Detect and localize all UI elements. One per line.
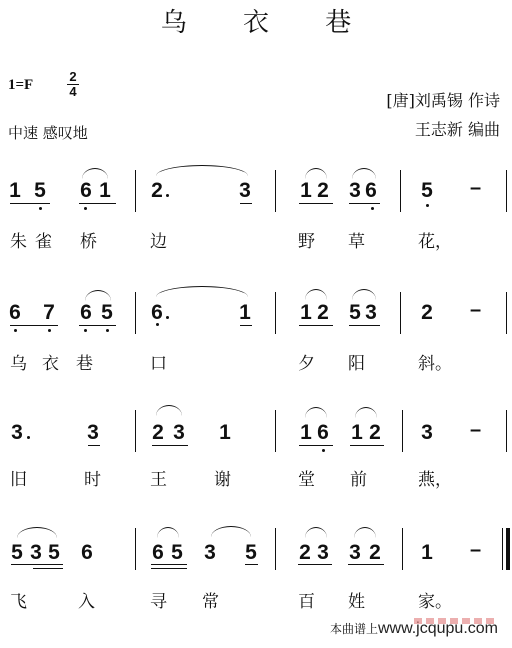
lyric: 草	[348, 232, 365, 252]
low-octave-dot	[84, 329, 87, 332]
low-octave-dot	[39, 207, 42, 210]
note: 3	[10, 422, 24, 443]
eighth-beam	[350, 445, 384, 446]
slur	[305, 407, 327, 418]
note: 1	[98, 180, 112, 201]
barline	[506, 410, 507, 452]
note: 6	[79, 180, 93, 201]
watermark: 本曲谱上www.jcqupu.com	[330, 620, 498, 638]
eighth-beam	[299, 325, 333, 326]
lyric: 夕	[298, 354, 315, 374]
time-denominator: 4	[66, 85, 80, 99]
tie	[156, 286, 248, 297]
final-barline-thick	[506, 528, 510, 570]
eighth-beam	[299, 445, 333, 446]
lyricist-credit: [唐]刘禹锡 作诗	[386, 88, 500, 111]
note: 3	[172, 422, 186, 443]
eighth-beam	[298, 564, 332, 565]
lyric: 衣	[42, 354, 59, 374]
eighth-beam	[10, 325, 58, 326]
barline	[275, 410, 276, 452]
eighth-beam	[348, 564, 384, 565]
sustain-dash: –	[470, 177, 481, 200]
note: 2	[420, 302, 434, 323]
note: 1	[420, 542, 434, 563]
composer-credit: 王志新 编曲	[415, 117, 500, 140]
lyric: 边	[150, 232, 167, 252]
note: 1	[8, 180, 22, 201]
lyric: 飞	[10, 592, 27, 612]
lyric: 燕，	[418, 470, 452, 490]
slur	[17, 527, 57, 538]
note: 1	[299, 302, 313, 323]
low-octave-dot	[322, 449, 325, 452]
note: 2	[151, 422, 165, 443]
note: 3	[86, 422, 100, 443]
note: 6	[8, 302, 22, 323]
note: 5	[244, 542, 258, 563]
time-numerator: 2	[66, 70, 80, 84]
barline	[135, 528, 136, 570]
watermark-overlay	[414, 618, 494, 624]
augmentation-dot	[27, 436, 30, 439]
note: 3	[238, 180, 252, 201]
note: 5	[348, 302, 362, 323]
note: 2	[368, 542, 382, 563]
eighth-beam	[11, 564, 63, 565]
slur	[85, 290, 111, 301]
eighth-beam	[240, 325, 252, 326]
lyric: 巷	[76, 354, 93, 374]
barline	[400, 292, 401, 334]
lyric: 朱	[10, 232, 27, 252]
barline	[402, 410, 403, 452]
note: 2	[316, 180, 330, 201]
note: 5	[420, 180, 434, 201]
low-octave-dot	[84, 207, 87, 210]
low-octave-dot	[426, 204, 429, 207]
slur	[156, 405, 182, 416]
note: 3	[348, 180, 362, 201]
note: 1	[350, 422, 364, 443]
eighth-beam	[152, 445, 188, 446]
barline	[135, 292, 136, 334]
lyric: 乌	[10, 354, 27, 374]
lyric: 前	[350, 470, 367, 490]
barline	[275, 528, 276, 570]
tempo-marking: 中速 感叹地	[8, 122, 88, 143]
song-title: 乌 衣 巷	[0, 2, 512, 39]
note: 5	[10, 542, 24, 563]
lyric: 雀	[35, 232, 52, 252]
lyric: 阳	[348, 354, 365, 374]
note: 6	[316, 422, 330, 443]
eighth-beam	[10, 203, 50, 204]
note: 6	[151, 542, 165, 563]
sixteenth-beam	[151, 568, 187, 569]
lyric: 旧	[10, 470, 27, 490]
tie	[156, 165, 248, 176]
low-octave-dot	[106, 329, 109, 332]
eighth-beam	[79, 325, 116, 326]
note: 1	[299, 180, 313, 201]
eighth-beam	[79, 203, 116, 204]
key-signature: 1=F	[8, 77, 33, 94]
note: 3	[348, 542, 362, 563]
lyric: 常	[202, 592, 219, 612]
note: 7	[42, 302, 56, 323]
eighth-beam	[349, 325, 380, 326]
lyric: 百	[298, 592, 315, 612]
augmentation-dot	[166, 316, 169, 319]
lyric: 桥	[80, 232, 97, 252]
watermark-prefix: 本曲谱上	[330, 622, 378, 636]
barline	[402, 528, 403, 570]
eighth-beam	[240, 203, 252, 204]
low-octave-dot	[371, 207, 374, 210]
augmentation-dot	[166, 194, 169, 197]
time-signature: 2 4	[66, 70, 80, 99]
note: 2	[368, 422, 382, 443]
note: 2	[150, 180, 164, 201]
slur	[352, 289, 376, 300]
low-octave-dot	[156, 323, 159, 326]
low-octave-dot	[14, 329, 17, 332]
barline	[275, 292, 276, 334]
note: 1	[299, 422, 313, 443]
slur	[355, 407, 377, 418]
sustain-dash: –	[470, 419, 481, 442]
lyric: 姓	[348, 592, 365, 612]
eighth-beam	[88, 445, 100, 446]
eighth-beam	[299, 203, 333, 204]
note: 3	[316, 542, 330, 563]
note: 5	[33, 180, 47, 201]
eighth-beam	[349, 203, 380, 204]
note: 1	[238, 302, 252, 323]
lyric: 口	[150, 354, 167, 374]
lyric: 家。	[418, 592, 452, 612]
eighth-beam	[151, 564, 187, 565]
note: 6	[80, 542, 94, 563]
note: 6	[150, 302, 164, 323]
note: 2	[316, 302, 330, 323]
slur	[354, 527, 376, 538]
barline	[400, 170, 401, 212]
barline	[275, 170, 276, 212]
lyric: 花，	[418, 232, 452, 252]
barline	[506, 170, 507, 212]
note: 6	[79, 302, 93, 323]
lyric: 谢	[214, 470, 231, 490]
lyric: 野	[298, 232, 315, 252]
note: 3	[29, 542, 43, 563]
note: 1	[218, 422, 232, 443]
sustain-dash: –	[470, 299, 481, 322]
lyric: 入	[78, 592, 95, 612]
final-barline-thin	[502, 528, 503, 570]
note: 3	[420, 422, 434, 443]
eighth-beam	[245, 564, 258, 565]
barline	[506, 292, 507, 334]
note: 5	[170, 542, 184, 563]
note: 3	[203, 542, 217, 563]
note: 3	[364, 302, 378, 323]
note: 2	[298, 542, 312, 563]
lyric: 王	[150, 470, 167, 490]
barline	[135, 170, 136, 212]
lyric: 时	[84, 470, 101, 490]
slur	[211, 526, 251, 537]
slur	[82, 168, 108, 179]
note: 5	[100, 302, 114, 323]
slur	[305, 168, 327, 179]
sustain-dash: –	[470, 539, 481, 562]
lyric: 斜。	[418, 354, 452, 374]
slur	[157, 527, 179, 538]
lyric: 堂	[298, 470, 315, 490]
note: 6	[364, 180, 378, 201]
slur	[305, 527, 327, 538]
barline	[135, 410, 136, 452]
sixteenth-beam	[33, 568, 63, 569]
slur	[352, 168, 376, 179]
lyric: 寻	[150, 592, 167, 612]
note: 5	[47, 542, 61, 563]
low-octave-dot	[48, 329, 51, 332]
slur	[305, 289, 327, 300]
